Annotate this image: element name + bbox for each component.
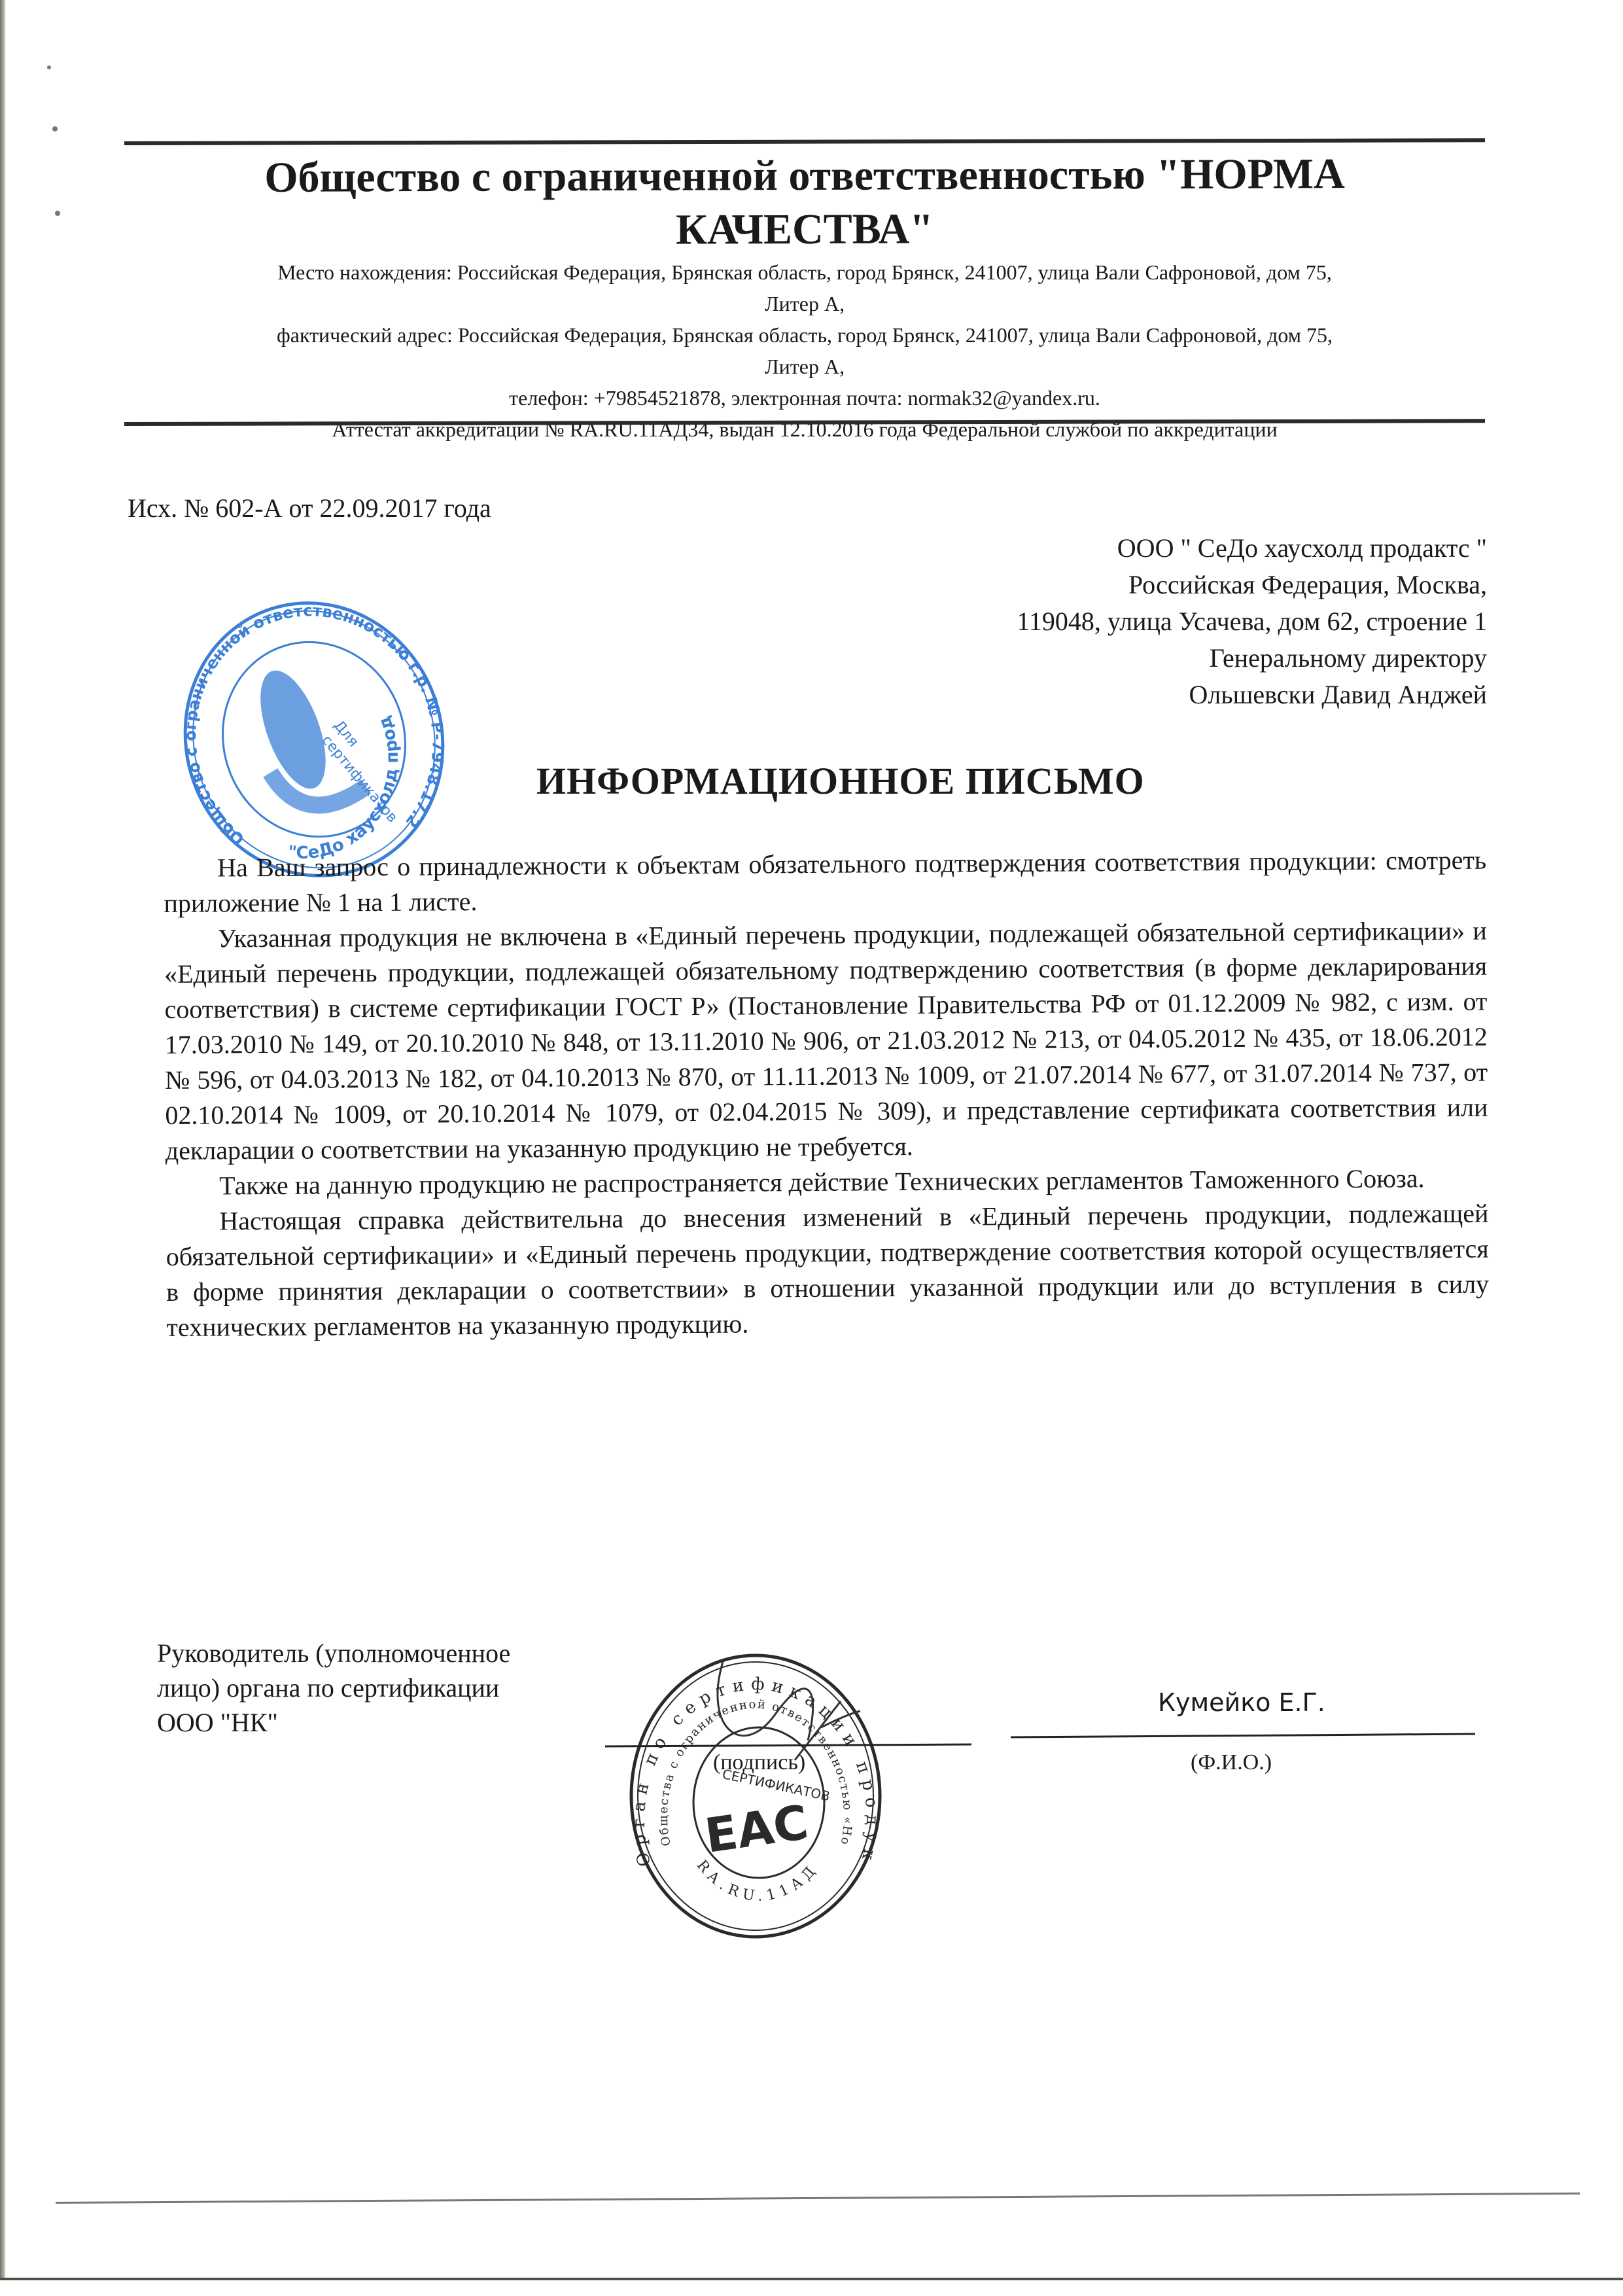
certification-seal-icon: Орган по сертификации продукции Общества…	[625, 1649, 886, 1950]
signature-caption: (подпись)	[713, 1750, 805, 1775]
signer-position: Руководитель (уполномоченное лицо) орган…	[157, 1636, 510, 1740]
certification-stamp: Орган по сертификации продукции Общества…	[625, 1649, 886, 1950]
org-name-line1: Общество с ограниченной ответственностью…	[131, 147, 1478, 205]
recipient-position: Генеральному директору	[1017, 640, 1487, 677]
contacts: телефон: +79854521878, электронная почта…	[131, 382, 1478, 414]
actual-address-line2: Литер А,	[131, 351, 1478, 382]
body-paragraph-not-included: Указанная продукция не включена в «Едины…	[164, 913, 1488, 1169]
letterhead-top-rule	[124, 138, 1485, 145]
scan-speck	[47, 65, 51, 69]
recipient-address-line2: 119048, улица Усачева, дом 62, строение …	[1017, 603, 1487, 640]
org-name-line2: КАЧЕСТВА"	[131, 200, 1478, 258]
signer-name: Кумейко Е.Г.	[1158, 1688, 1325, 1717]
scan-edge	[0, 0, 5, 2296]
recipient-name: Ольшевски Давид Анджей	[1017, 677, 1487, 713]
name-line	[1011, 1733, 1475, 1739]
stamp-seal-icon: Общество с ограниченной ответственностью…	[177, 592, 451, 887]
letter-body: На Ваш запрос о принадлежности к объекта…	[164, 843, 1490, 1345]
svg-text:ЕАС: ЕАС	[702, 1795, 812, 1863]
legal-address-line1: Место нахождения: Российская Федерация, …	[131, 256, 1478, 288]
body-paragraph-request: На Ваш запрос о принадлежности к объекта…	[164, 843, 1487, 921]
body-paragraph-validity: Настоящая справка действительна до внесе…	[166, 1196, 1489, 1345]
signer-position-line3: ООО "НК"	[157, 1705, 510, 1740]
page-bottom-rule	[56, 2193, 1580, 2204]
scan-edge-bottom	[0, 2278, 1623, 2296]
recipient-company: ООО " СеДо хаусхолд продактс "	[1017, 530, 1487, 567]
actual-address-line1: фактический адрес: Российская Федерация,…	[131, 319, 1478, 351]
name-caption: (Ф.И.О.)	[1191, 1750, 1272, 1775]
signer-position-line1: Руководитель (уполномоченное	[157, 1636, 510, 1670]
recipient-address-line1: Российская Федерация, Москва,	[1017, 567, 1487, 603]
outgoing-reference: Исх. № 602-А от 22.09.2017 года	[128, 492, 491, 525]
letterhead: Общество с ограниченной ответственностью…	[131, 149, 1478, 445]
recipient-stamp: Общество с ограниченной ответственностью…	[177, 592, 451, 887]
legal-address-line2: Литер А,	[131, 288, 1478, 319]
signer-position-line2: лицо) органа по сертификации	[157, 1670, 510, 1705]
scan-speck	[55, 211, 60, 216]
document-title: ИНФОРМАЦИОННОЕ ПИСЬМО	[536, 759, 1145, 803]
scan-speck	[52, 126, 58, 132]
recipient-block: ООО " СеДо хаусхолд продактс " Российска…	[1017, 530, 1487, 713]
accreditation: Аттестат аккредитации № RA.RU.11АД34, вы…	[131, 414, 1478, 445]
